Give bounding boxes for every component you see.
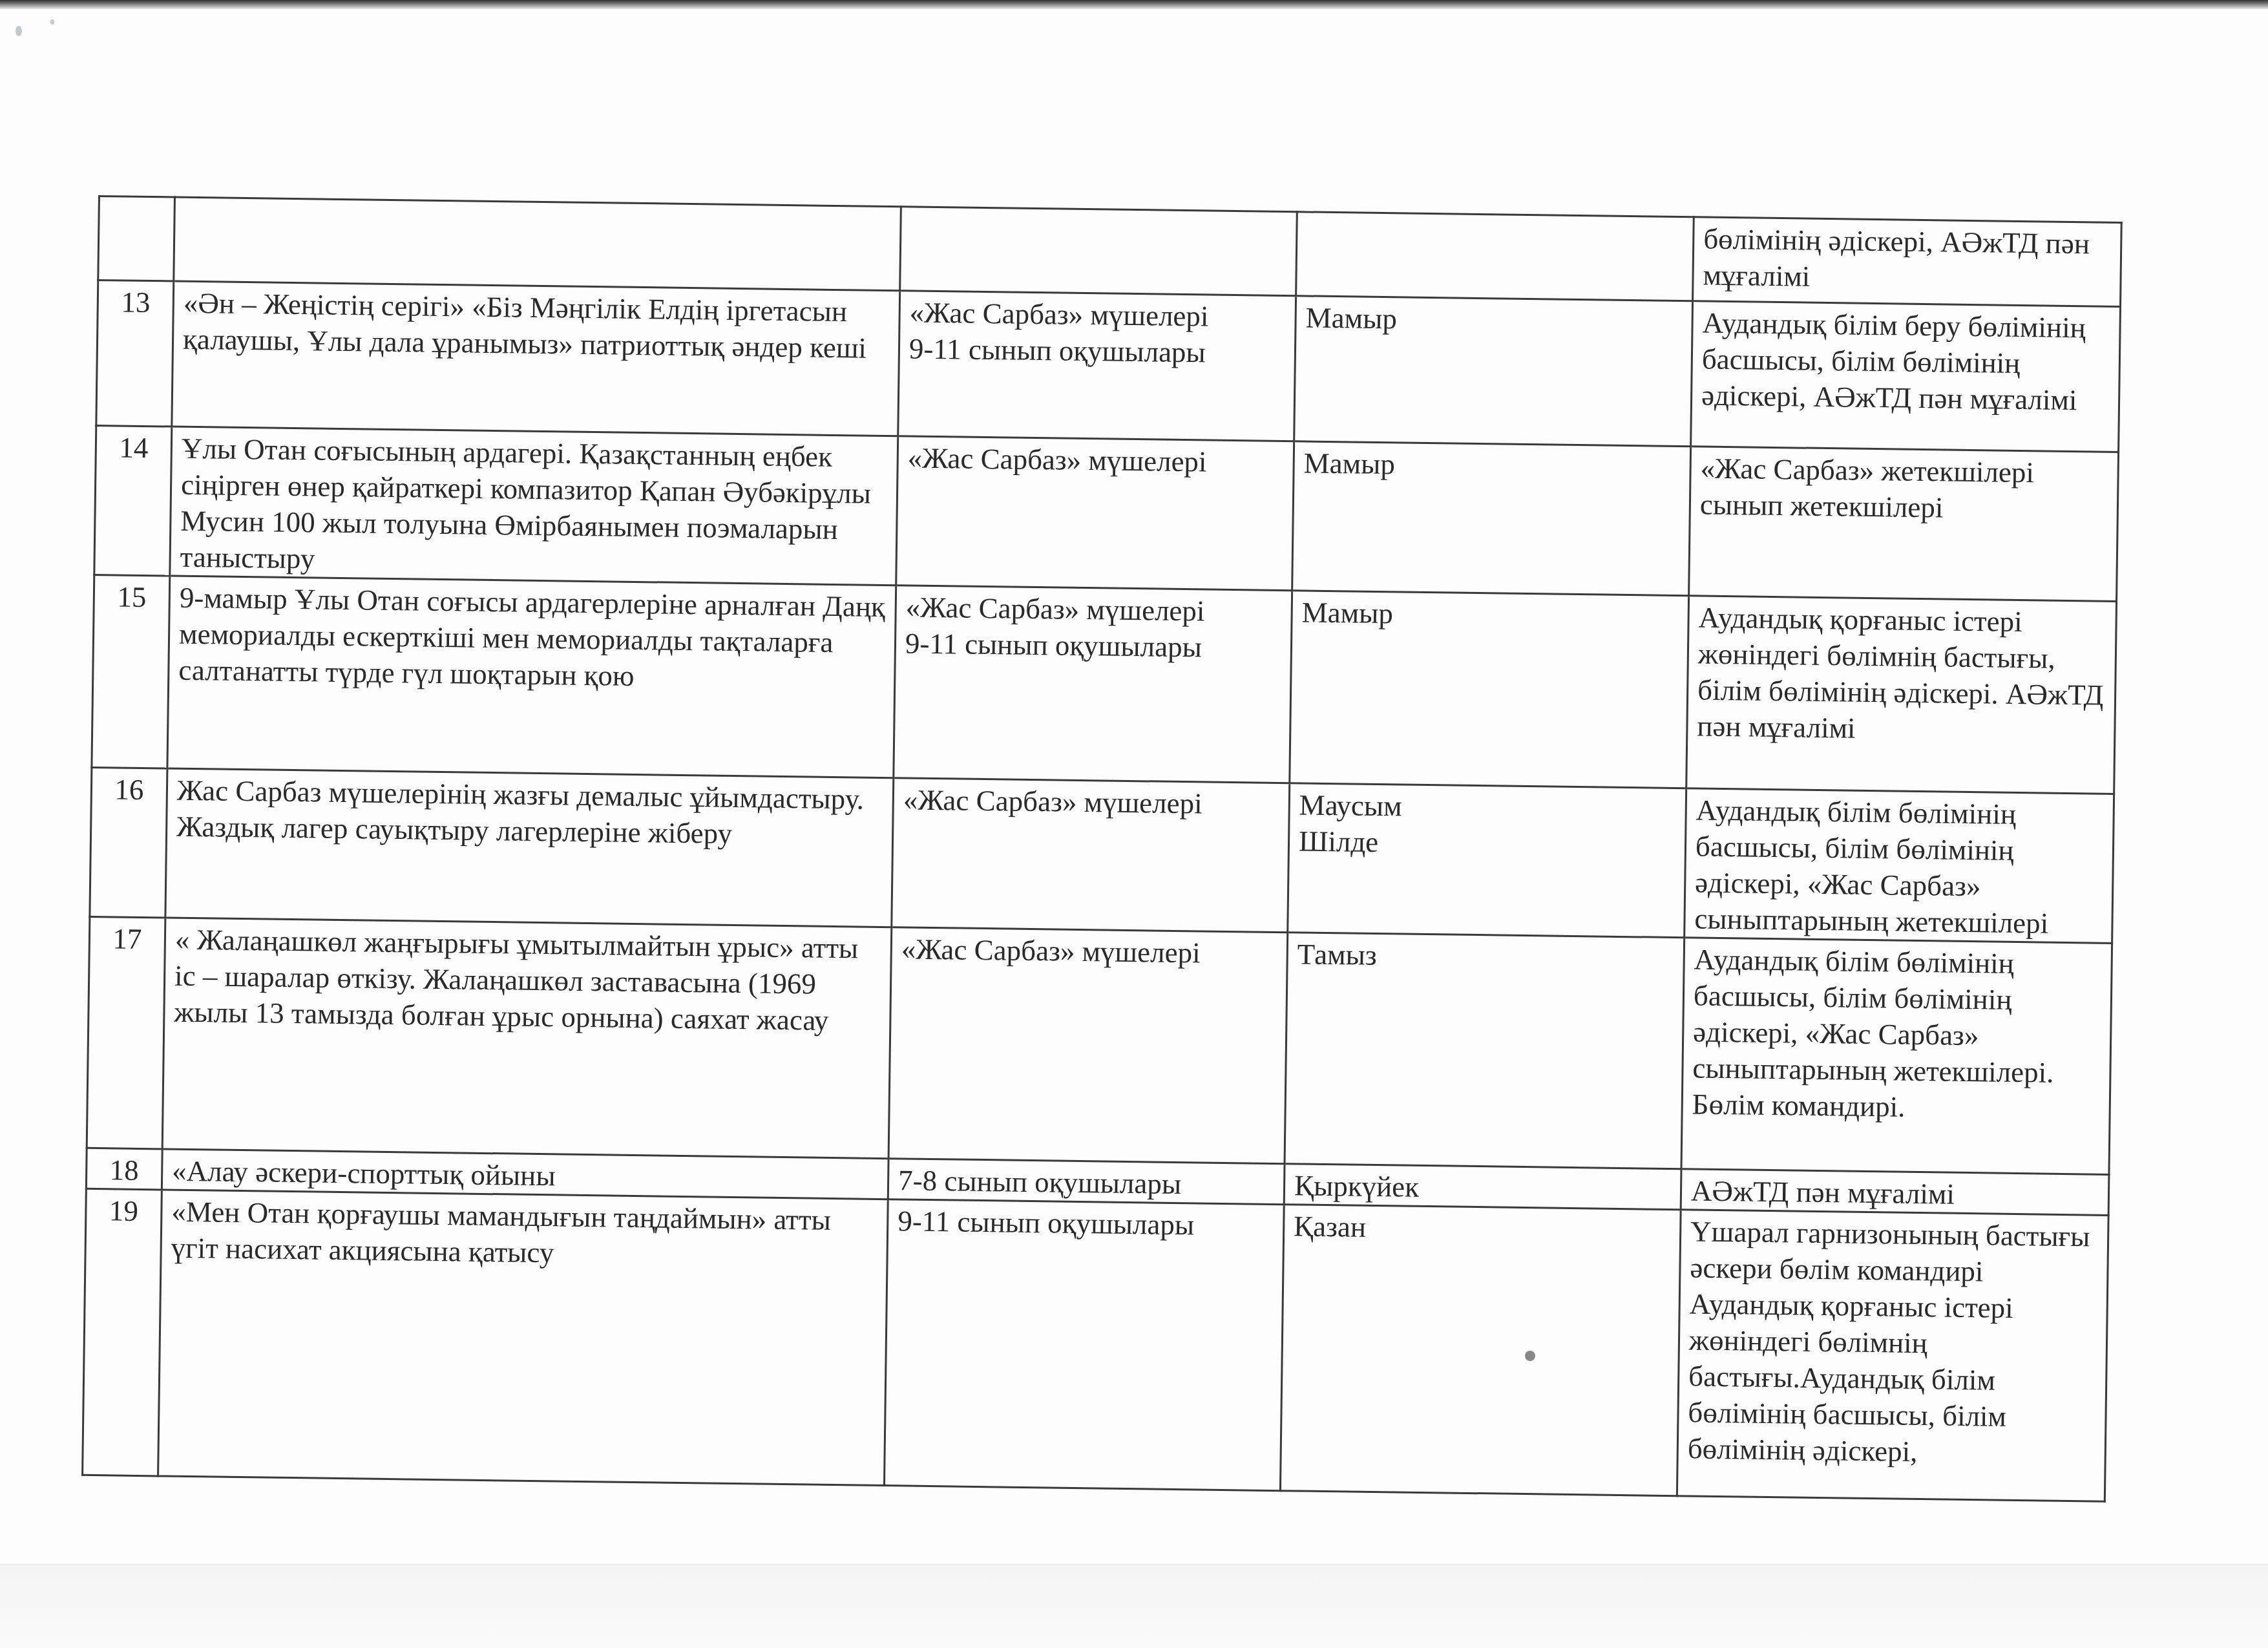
table-row: 13 «Ән – Жеңістің серігі» «Біз Мәңгілік …	[96, 280, 2121, 452]
row-number: 16	[90, 767, 167, 918]
date-cell: Маусым Шілде	[1288, 783, 1686, 938]
event-cell: Ұлы Отан соғысының ардагері. Қазақстанны…	[170, 427, 898, 586]
row-number: 15	[92, 575, 170, 768]
row-number: 14	[94, 425, 172, 576]
event-cell: «Мен Отан қорғаушы мамандығын таңдаймын»…	[158, 1190, 888, 1486]
row-number: 18	[86, 1148, 162, 1190]
event-cell	[174, 197, 901, 291]
responsible-cell: Аудандық білім беру бөлімінің басшысы, б…	[1691, 301, 2121, 452]
date-cell: Қыркүйек	[1284, 1164, 1681, 1210]
date-cell: Мамыр	[1294, 296, 1693, 447]
participants-cell: 7-8 сынып оқушылары	[888, 1159, 1285, 1205]
event-cell: Жас Сарбаз мүшелерінің жазғы демалыс ұйы…	[165, 768, 894, 927]
responsible-cell: «Жас Сарбаз» жетекшілері сынып жетекшіле…	[1689, 447, 2119, 602]
plan-table-container: бөлімінің әдіскері, АӘжТД пән мұғалімі 1…	[81, 195, 2120, 1488]
scan-speck	[50, 19, 54, 25]
event-cell: 9-мамыр Ұлы Отан соғысы ардагерлеріне ар…	[167, 576, 896, 778]
responsible-cell: Аудандық қорғаныс істері жөніндегі бөлім…	[1686, 596, 2117, 794]
date-cell	[1296, 212, 1694, 301]
table-row: 14 Ұлы Отан соғысының ардагері. Қазақста…	[94, 425, 2119, 601]
participants-cell: «Жас Сарбаз» мүшелері	[896, 436, 1294, 591]
row-number	[98, 196, 175, 282]
event-cell: «Ән – Жеңістің серігі» «Біз Мәңгілік Елд…	[172, 281, 900, 436]
table-row: 15 9-мамыр Ұлы Отан соғысы ардагерлеріне…	[92, 575, 2117, 794]
row-number: 13	[96, 280, 174, 427]
date-cell: Мамыр	[1290, 591, 1689, 788]
responsible-cell: Аудандық білім бөлімінің басшысы, білім …	[1681, 938, 2112, 1175]
date-cell: Тамыз	[1285, 933, 1685, 1169]
responsible-cell: бөлімінің әдіскері, АӘжТД пән мұғалімі	[1693, 217, 2122, 307]
participants-cell: «Жас Сарбаз» мүшелері	[892, 778, 1290, 933]
participants-cell	[900, 207, 1297, 296]
event-cell: « Жалаңашкөл жаңғырығы ұмытылмайтын ұрыс…	[162, 918, 892, 1159]
responsible-cell: Аудандық білім бөлімінің басшысы, білім …	[1685, 788, 2114, 944]
participants-cell: «Жас Сарбаз» мүшелері 9-11 сынып оқушыла…	[898, 291, 1296, 441]
row-number: 19	[83, 1188, 162, 1475]
responsible-cell: АӘжТД пән мұғалімі	[1681, 1169, 2109, 1216]
table-row: 17 « Жалаңашкөл жаңғырығы ұмытылмайтын ұ…	[87, 916, 2112, 1174]
participants-cell: «Жас Сарбаз» мүшелері	[888, 927, 1288, 1164]
table-row: 19 «Мен Отан қорғаушы мамандығын таңдайм…	[83, 1188, 2109, 1501]
participants-cell: «Жас Сарбаз» мүшелері 9-11 сынып оқушыла…	[894, 586, 1292, 783]
participants-cell: 9-11 сынып оқушылары	[884, 1199, 1284, 1491]
table-row: 16 Жас Сарбаз мүшелерінің жазғы демалыс …	[90, 767, 2114, 943]
date-cell: Мамыр	[1292, 441, 1691, 596]
date-cell: Қазан	[1280, 1205, 1681, 1496]
scan-speck	[16, 26, 22, 36]
scan-edge-top	[0, 0, 2268, 9]
scan-edge-bottom	[0, 1564, 2268, 1648]
responsible-cell: Үшарал гарнизонының бастығы әскери бөлім…	[1677, 1210, 2108, 1502]
row-number: 17	[87, 916, 165, 1149]
plan-table: бөлімінің әдіскері, АӘжТД пән мұғалімі 1…	[81, 195, 2123, 1503]
